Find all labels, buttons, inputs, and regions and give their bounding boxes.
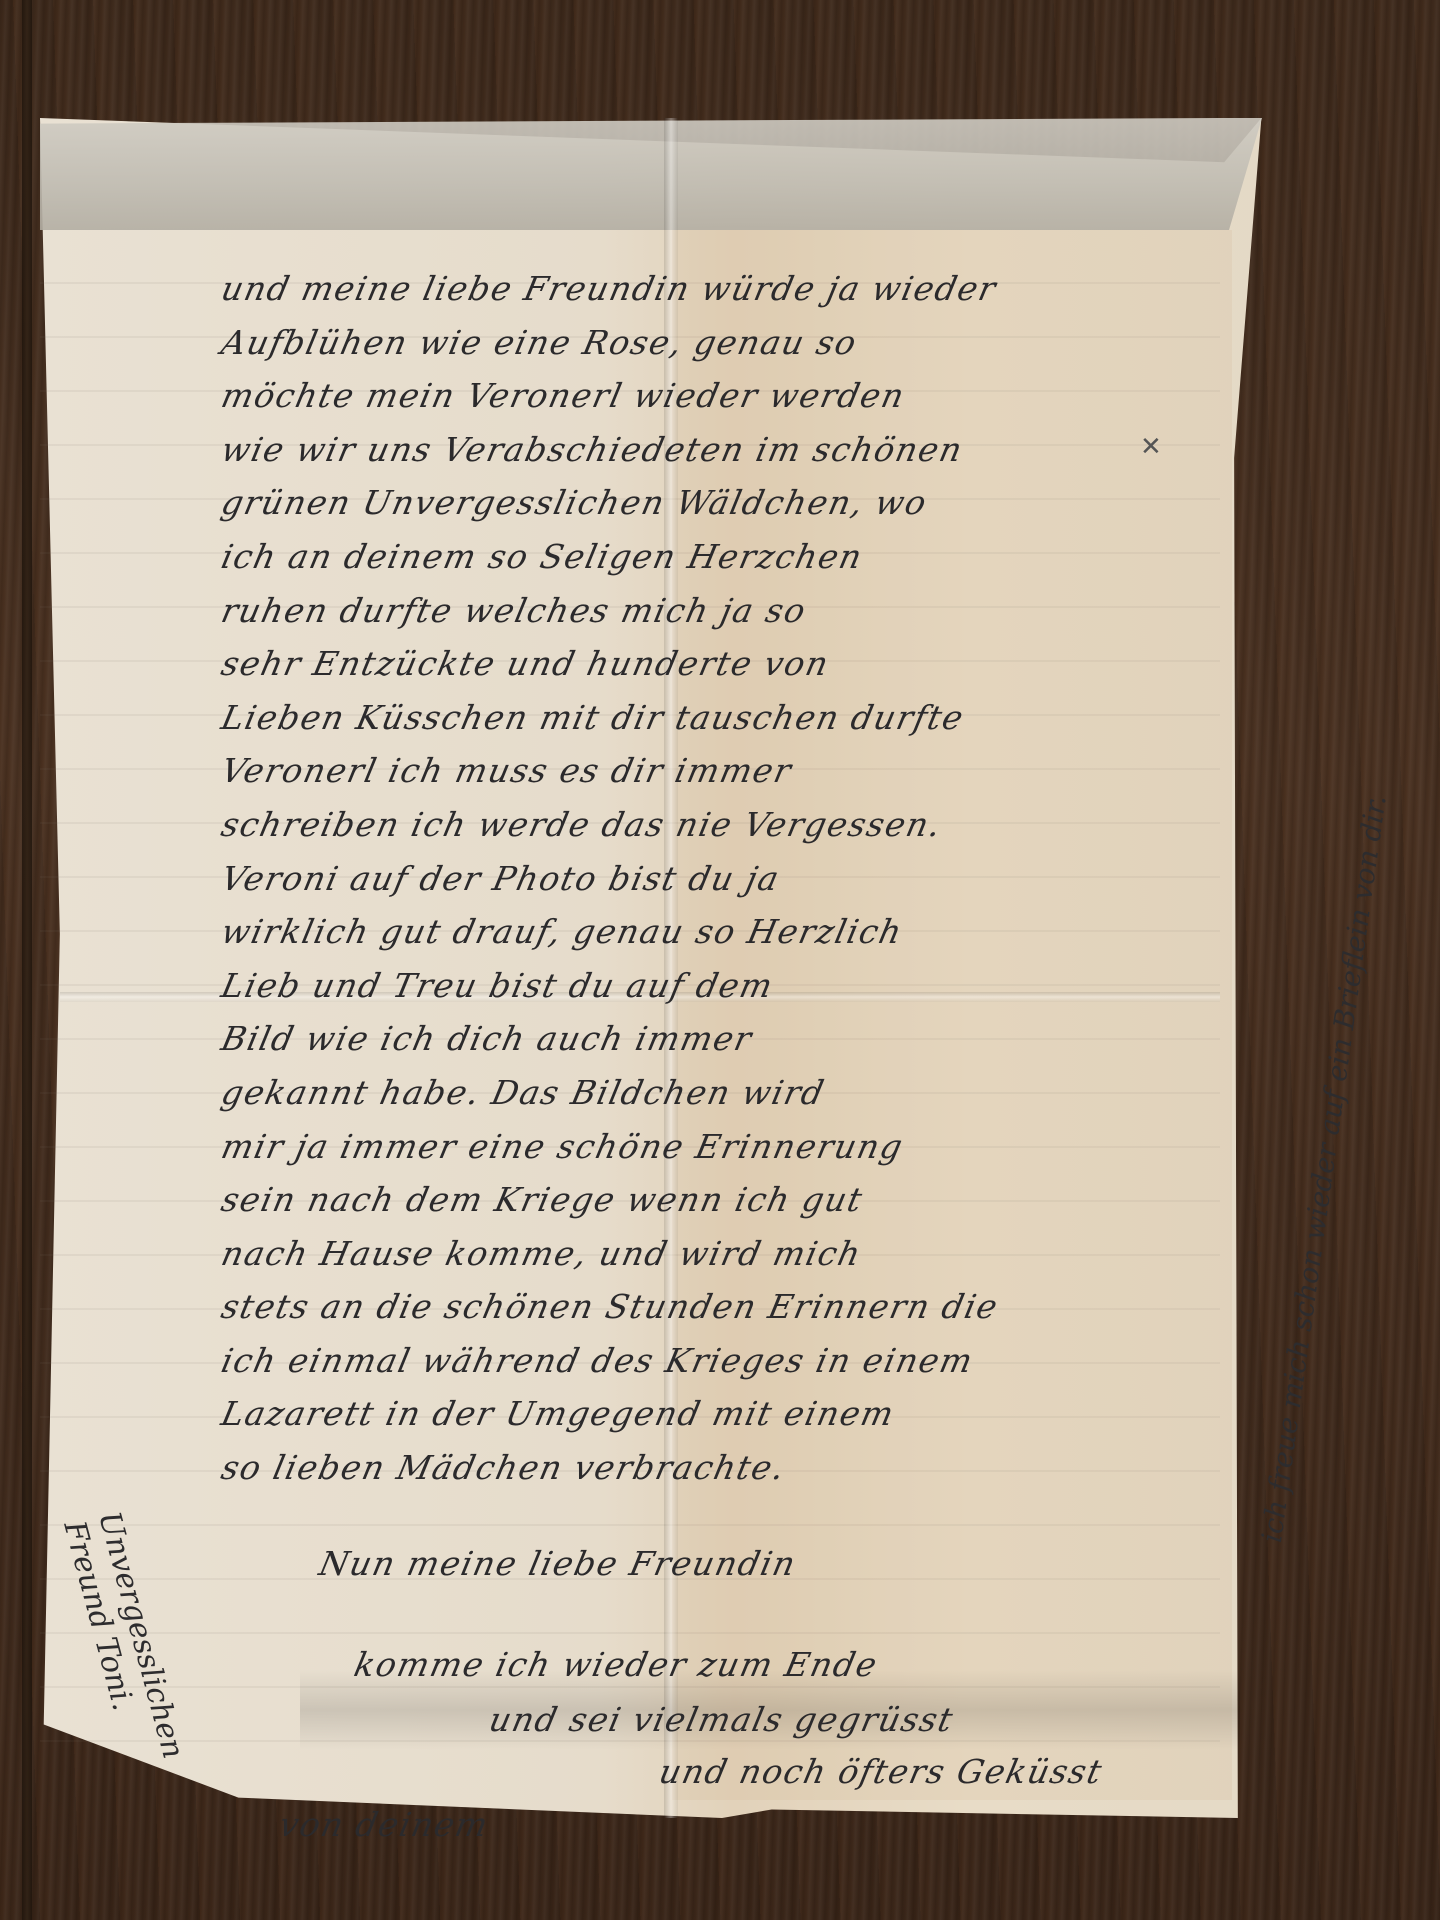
letter-line: Veronerl ich muss es dir immer: [216, 744, 1207, 798]
folded-top-flap: [40, 118, 1262, 230]
letter-line: ich an deinem so Seligen Herzchen: [216, 530, 1207, 584]
letter-line: ich einmal während des Krieges in einem: [216, 1334, 1207, 1388]
closing-salutation: Nun meine liebe Freundin: [316, 1544, 800, 1583]
letter-line: Lieb und Treu bist du auf dem: [216, 959, 1207, 1013]
letter-line: und meine liebe Freundin würde ja wieder: [216, 262, 1207, 316]
letter-line: nach Hause komme, und wird mich: [216, 1227, 1207, 1281]
closing-line: und sei vielmals gegrüsst: [486, 1700, 958, 1739]
letter-line: Aufblühen wie eine Rose, genau so: [216, 316, 1207, 370]
letter-line: Lazarett in der Umgegend mit einem: [216, 1387, 1207, 1441]
letter-line: Lieben Küsschen mit dir tauschen durfte: [216, 691, 1207, 745]
letter-line: stets an die schönen Stunden Erinnern di…: [216, 1280, 1207, 1334]
letter-line: gekannt habe. Das Bildchen wird: [216, 1066, 1207, 1120]
wooden-table-seam: [22, 0, 32, 1920]
letter-line: sein nach dem Kriege wenn ich gut: [216, 1173, 1207, 1227]
letter-line: Bild wie ich dich auch immer: [216, 1012, 1207, 1066]
letter-line: sehr Entzückte und hunderte von: [216, 637, 1207, 691]
closing-line: komme ich wieder zum Ende: [351, 1645, 882, 1684]
letter-line: grünen Unvergesslichen Wäldchen, wo: [216, 476, 1207, 530]
closing-line: und noch öfters Geküsst: [656, 1752, 1107, 1791]
letter-line: wirklich gut drauf, genau so Herzlich: [216, 905, 1207, 959]
letter-line: mir ja immer eine schöne Erinnerung: [216, 1120, 1207, 1174]
letter-line: schreiben ich werde das nie Vergessen.: [216, 798, 1207, 852]
insert-mark-icon: ✕: [1140, 432, 1162, 462]
letter-body: und meine liebe Freundin würde ja wieder…: [222, 262, 1202, 1495]
right-margin-note: ich freue mich schon wieder auf ein Brie…: [1255, 793, 1394, 1545]
letter-line: so lieben Mädchen verbrachte.: [216, 1441, 1207, 1495]
letter-line: wie wir uns Verabschiedeten im schönen: [216, 423, 1207, 477]
letter-line: Veroni auf der Photo bist du ja: [216, 852, 1207, 906]
letter-line: ruhen durfte welches mich ja so: [216, 584, 1207, 638]
letter-line: möchte mein Veronerl wieder werden: [216, 369, 1207, 423]
closing-line: von deinem: [276, 1805, 493, 1844]
